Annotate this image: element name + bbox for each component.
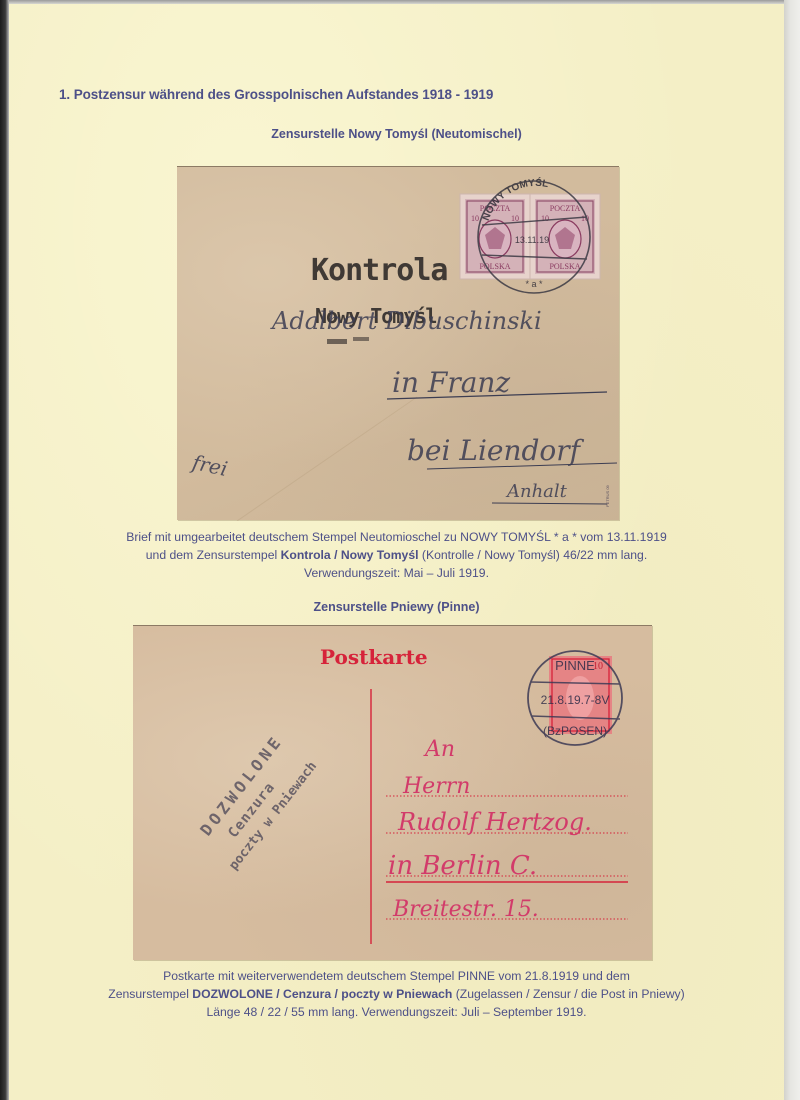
address-line-town: in Franz — [392, 366, 510, 399]
svg-text:PINNE: PINNE — [555, 658, 595, 673]
caption-envelope-line1: Brief mit umgearbeitet deutschem Stempel… — [9, 528, 784, 546]
censor-stamp-dozwolone: DOZWOLONE Cenzura poczty w Pniewach — [190, 731, 320, 873]
envelope-imprint: PETRUS 09 — [605, 484, 610, 507]
caption-postcard: Postkarte mit weiterverwendetem deutsche… — [9, 967, 784, 1021]
note-frei: frei — [188, 450, 229, 481]
section-title-pniewy: Zensurstelle Pniewy (Pinne) — [9, 600, 784, 614]
caption-envelope-line2: und dem Zensurstempel Kontrola / Nowy To… — [9, 546, 784, 564]
caption-envelope-line3: Verwendungszeit: Mai – Juli 1919. — [9, 564, 784, 582]
svg-text:10: 10 — [541, 214, 549, 223]
svg-text:POCZTA: POCZTA — [550, 204, 581, 213]
caption-postcard-line2: Zensurstempel DOZWOLONE / Cenzura / pocz… — [9, 985, 784, 1003]
caption-postcard-line3: Länge 48 / 22 / 55 mm lang. Verwendungsz… — [9, 1003, 784, 1021]
postcard: Postkarte 10 PINN — [133, 625, 652, 960]
svg-text:21.8.19.7-8V: 21.8.19.7-8V — [541, 693, 610, 707]
caption-postcard-line1: Postkarte mit weiterverwendetem deutsche… — [9, 967, 784, 985]
postcard-artwork: Postkarte 10 PINN — [133, 626, 652, 961]
scanner-edge-right — [784, 0, 800, 1100]
svg-text:10: 10 — [471, 214, 479, 223]
svg-text:13.11.19: 13.11.19 — [515, 235, 549, 245]
postmark-pinne: PINNE 21.8.19.7-8V (BzPOSEN) — [528, 651, 622, 745]
page-heading: 1. Postzensur während des Grosspolnische… — [59, 87, 493, 102]
address-line-near: bei Liendorf — [407, 434, 585, 467]
address-city: in Berlin C. — [388, 851, 537, 881]
address-an: An — [423, 737, 455, 762]
caption-text: (Kontrolle / Nowy Tomyśl) 46/22 mm lang. — [419, 548, 648, 562]
caption-text: (Zugelassen / Zensur / die Post in Pniew… — [452, 987, 684, 1001]
postcard-handwritten-address: An Herrn Rudolf Hertzog. in Berlin C. Br… — [388, 737, 592, 922]
caption-bold-stamp-name: Kontrola / Nowy Tomyśl — [281, 548, 419, 562]
address-line-region: Anhalt — [505, 481, 568, 502]
handwritten-address: Adalbert Dibuschinski in Franz bei Liend… — [188, 307, 617, 504]
address-street: Breitestr. 15. — [392, 897, 539, 922]
section-title-nowy-tomysl: Zensurstelle Nowy Tomyśl (Neutomischel) — [9, 127, 784, 141]
postkarte-header: Postkarte — [320, 645, 428, 669]
caption-text: Zensurstempel — [108, 987, 192, 1001]
caption-envelope: Brief mit umgearbeitet deutschem Stempel… — [9, 528, 784, 582]
svg-text:(BzPOSEN): (BzPOSEN) — [543, 724, 607, 738]
address-line-name: Adalbert Dibuschinski — [270, 307, 542, 335]
envelope-artwork: POCZTA 10 10 POLSKA POCZTA 10 10 POLSKA — [177, 167, 619, 521]
svg-text:Kontrola: Kontrola — [311, 253, 448, 288]
album-page: 1. Postzensur während des Grosspolnische… — [9, 4, 784, 1100]
svg-text:POLSKA: POLSKA — [549, 262, 580, 271]
caption-text: und dem Zensurstempel — [146, 548, 281, 562]
scanner-edge-left — [0, 0, 9, 1100]
address-herrn: Herrn — [402, 774, 470, 799]
caption-bold-stamp-name: DOZWOLONE / Cenzura / poczty w Pniewach — [192, 987, 452, 1001]
svg-text:* a *: * a * — [525, 279, 543, 289]
address-name: Rudolf Hertzog. — [397, 808, 592, 836]
envelope-cover: POCZTA 10 10 POLSKA POCZTA 10 10 POLSKA — [177, 166, 619, 520]
